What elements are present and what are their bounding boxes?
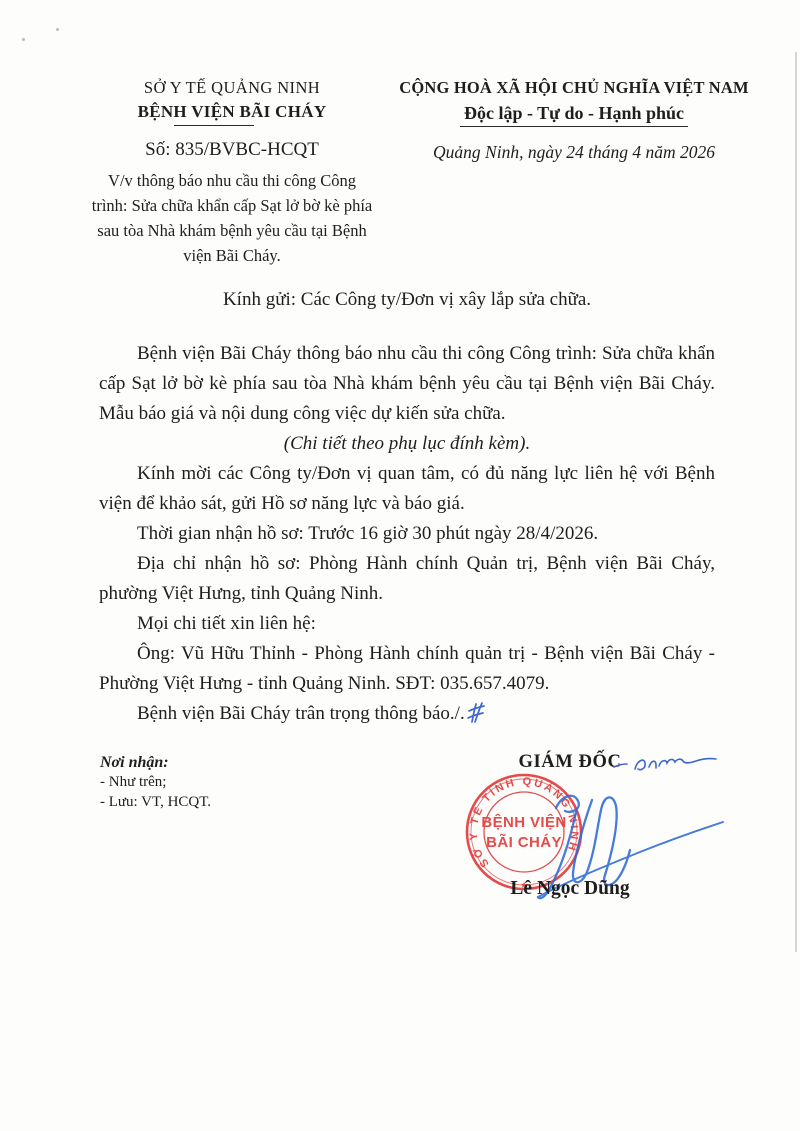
scan-speck: [56, 28, 59, 31]
parent-org-name: SỞ Y TẾ QUẢNG NINH: [82, 78, 382, 98]
body-paragraph-contact-person: Ông: Vũ Hữu Thỉnh - Phòng Hành chính quả…: [99, 639, 715, 699]
body-paragraph-address: Địa chỉ nhận hồ sơ: Phòng Hành chính Quả…: [99, 549, 715, 609]
scanned-official-letter: SỞ Y TẾ QUẢNG NINH BỆNH VIỆN BÃI CHÁY Số…: [0, 0, 800, 1131]
pen-scribble: [610, 750, 725, 780]
letter-body: Kính gửi: Các Công ty/Đơn vị xây lắp sửa…: [99, 287, 715, 729]
recipient-item: - Lưu: VT, HCQT.: [100, 793, 211, 813]
hospital-name: BỆNH VIỆN BÃI CHÁY: [82, 102, 382, 122]
recipient-item: - Như trên;: [100, 773, 211, 793]
national-header: CỘNG HOÀ XÃ HỘI CHỦ NGHĨA VIỆT NAM Độc l…: [385, 78, 763, 163]
attachment-note: (Chi tiết theo phụ lục đính kèm).: [99, 429, 715, 459]
closing-text: Bệnh viện Bãi Cháy trân trọng thông báo.…: [137, 703, 465, 724]
org-name-underline: [174, 125, 254, 126]
recipients-label: Nơi nhận:: [100, 752, 211, 773]
pen-check-mark: [466, 701, 486, 725]
body-paragraph-announcement: Bệnh viện Bãi Cháy thông báo nhu cầu thi…: [99, 339, 715, 429]
recipients-block: Nơi nhận: - Như trên; - Lưu: VT, HCQT.: [100, 752, 211, 812]
scan-speck: [22, 38, 25, 41]
national-title: CỘNG HOÀ XÃ HỘI CHỦ NGHĨA VIỆT NAM: [385, 78, 763, 98]
body-paragraph-deadline: Thời gian nhận hồ sơ: Trước 16 giờ 30 ph…: [99, 519, 715, 549]
body-paragraph-invitation: Kính mời các Công ty/Đơn vị quan tâm, có…: [99, 459, 715, 519]
scan-page-edge-line: [795, 52, 797, 952]
national-motto: Độc lập - Tự do - Hạnh phúc: [385, 103, 763, 127]
body-paragraph-closing: Bệnh viện Bãi Cháy trân trọng thông báo.…: [99, 699, 715, 729]
document-subject: V/v thông báo nhu cầu thi công Công trìn…: [91, 168, 373, 268]
national-motto-text: Độc lập - Tự do - Hạnh phúc: [460, 103, 688, 127]
salutation: Kính gửi: Các Công ty/Đơn vị xây lắp sửa…: [99, 287, 715, 313]
place-date-line: Quảng Ninh, ngày 24 tháng 4 năm 2026: [385, 142, 763, 163]
director-name: Lê Ngọc Dũng: [440, 878, 700, 900]
body-paragraph-contact-intro: Mọi chi tiết xin liên hệ:: [99, 609, 715, 639]
issuer-header: SỞ Y TẾ QUẢNG NINH BỆNH VIỆN BÃI CHÁY Số…: [82, 78, 382, 268]
document-number: Số: 835/BVBC-HCQT: [82, 139, 382, 161]
